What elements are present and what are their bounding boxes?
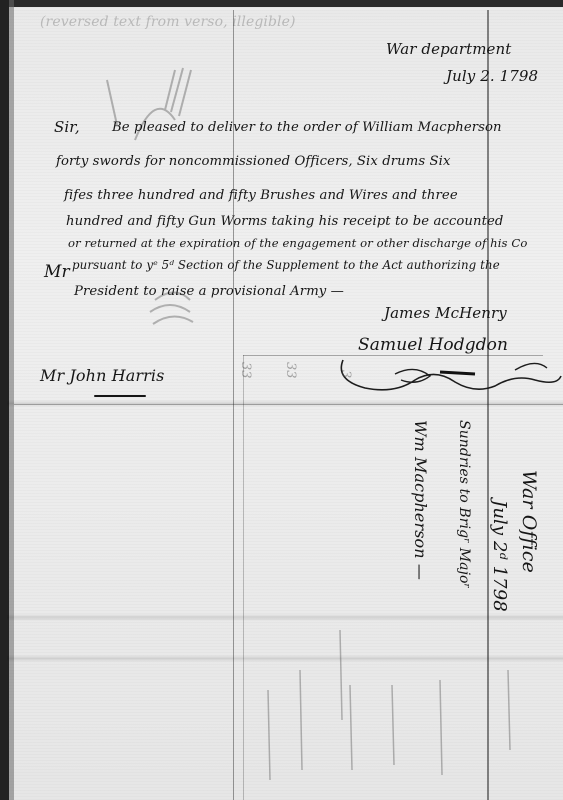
letter-date: July 2. 1798 bbox=[446, 67, 538, 85]
addressee-underline bbox=[94, 395, 146, 397]
docket-subject: Sundries to Brigʳ Majoʳ bbox=[456, 420, 472, 589]
scan-border-top bbox=[0, 0, 563, 7]
addressee: Mr John Harris bbox=[40, 366, 164, 385]
body-line-1: Be pleased to deliver to the order of Wi… bbox=[112, 120, 502, 135]
pencil-numeral: 3 bbox=[338, 370, 353, 378]
bleedthrough-text: (reversed text from verso, illegible) bbox=[40, 14, 296, 30]
body-line-3: fifes three hundred and fifty Brushes an… bbox=[64, 188, 458, 203]
salutation: Sir, bbox=[54, 118, 80, 136]
letter-place: War department bbox=[386, 40, 511, 58]
body-line-6: pursuant to yᵉ 5ᵈ Section of the Supplem… bbox=[72, 258, 500, 272]
signature-james-mchenry: James McHenry bbox=[384, 304, 507, 322]
pencil-numeral: 33 bbox=[238, 362, 253, 379]
docket-office: War Office bbox=[518, 470, 540, 573]
body-line-7: President to raise a provisional Army — bbox=[74, 284, 344, 299]
paper-fold bbox=[7, 400, 563, 407]
signature-flourish bbox=[335, 350, 563, 400]
body-line-2: forty swords for noncommissioned Officer… bbox=[56, 154, 451, 169]
body-line-5: or returned at the expiration of the eng… bbox=[68, 236, 527, 250]
margin-note: Mr bbox=[44, 262, 70, 282]
docket-name: Wm Macpherson — bbox=[411, 420, 430, 580]
faint-pencil-notations bbox=[240, 570, 560, 800]
pencil-numeral: 33 bbox=[283, 362, 298, 379]
scanned-document: (reversed text from verso, illegible) Wa… bbox=[0, 0, 563, 800]
body-line-4: hundred and fifty Gun Worms taking his r… bbox=[66, 214, 503, 229]
docket-date: July 2ᵈ 1798 bbox=[489, 500, 510, 612]
